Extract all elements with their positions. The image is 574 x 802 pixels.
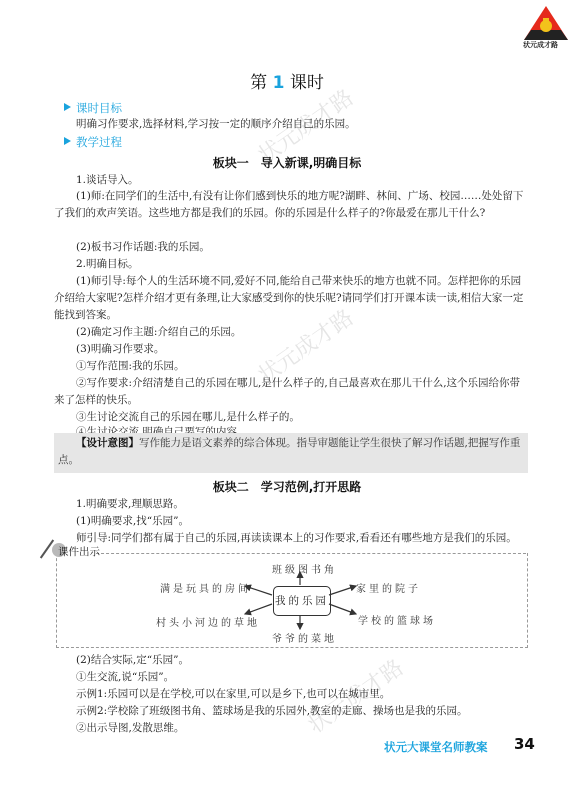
paragraph: 示例2:学校除了班级图书角、篮球场是我的乐园外,教室的走廊、操场也是我的乐园。 — [76, 703, 526, 720]
paragraph: ②出示导图,发散思维。 — [76, 720, 526, 737]
mindmap-node-bottom: 爷爷的菜地 — [272, 630, 337, 645]
page-number: 34 — [514, 735, 535, 753]
footer-series: 状元大课堂名师教案 — [384, 739, 488, 755]
mindmap-node-right-bottom: 学校的篮球场 — [358, 612, 436, 627]
mindmap-node-right-top: 家里的院子 — [356, 580, 421, 595]
mindmap-node-left-top: 满是玩具的房间 — [160, 580, 251, 595]
mindmap-center-node: 我的乐园 — [273, 586, 331, 616]
paragraph: ①生交流,说“乐园”。 — [76, 669, 526, 686]
mindmap-node-top: 班级图书角 — [272, 561, 337, 576]
mindmap-node-left-bottom: 村头小河边的草地 — [156, 614, 260, 629]
paragraph: 示例1:乐园可以是在学校,可以在家里,可以是乡下,也可以在城市里。 — [76, 686, 526, 703]
paragraph: (2)结合实际,定“乐园”。 — [76, 652, 526, 669]
